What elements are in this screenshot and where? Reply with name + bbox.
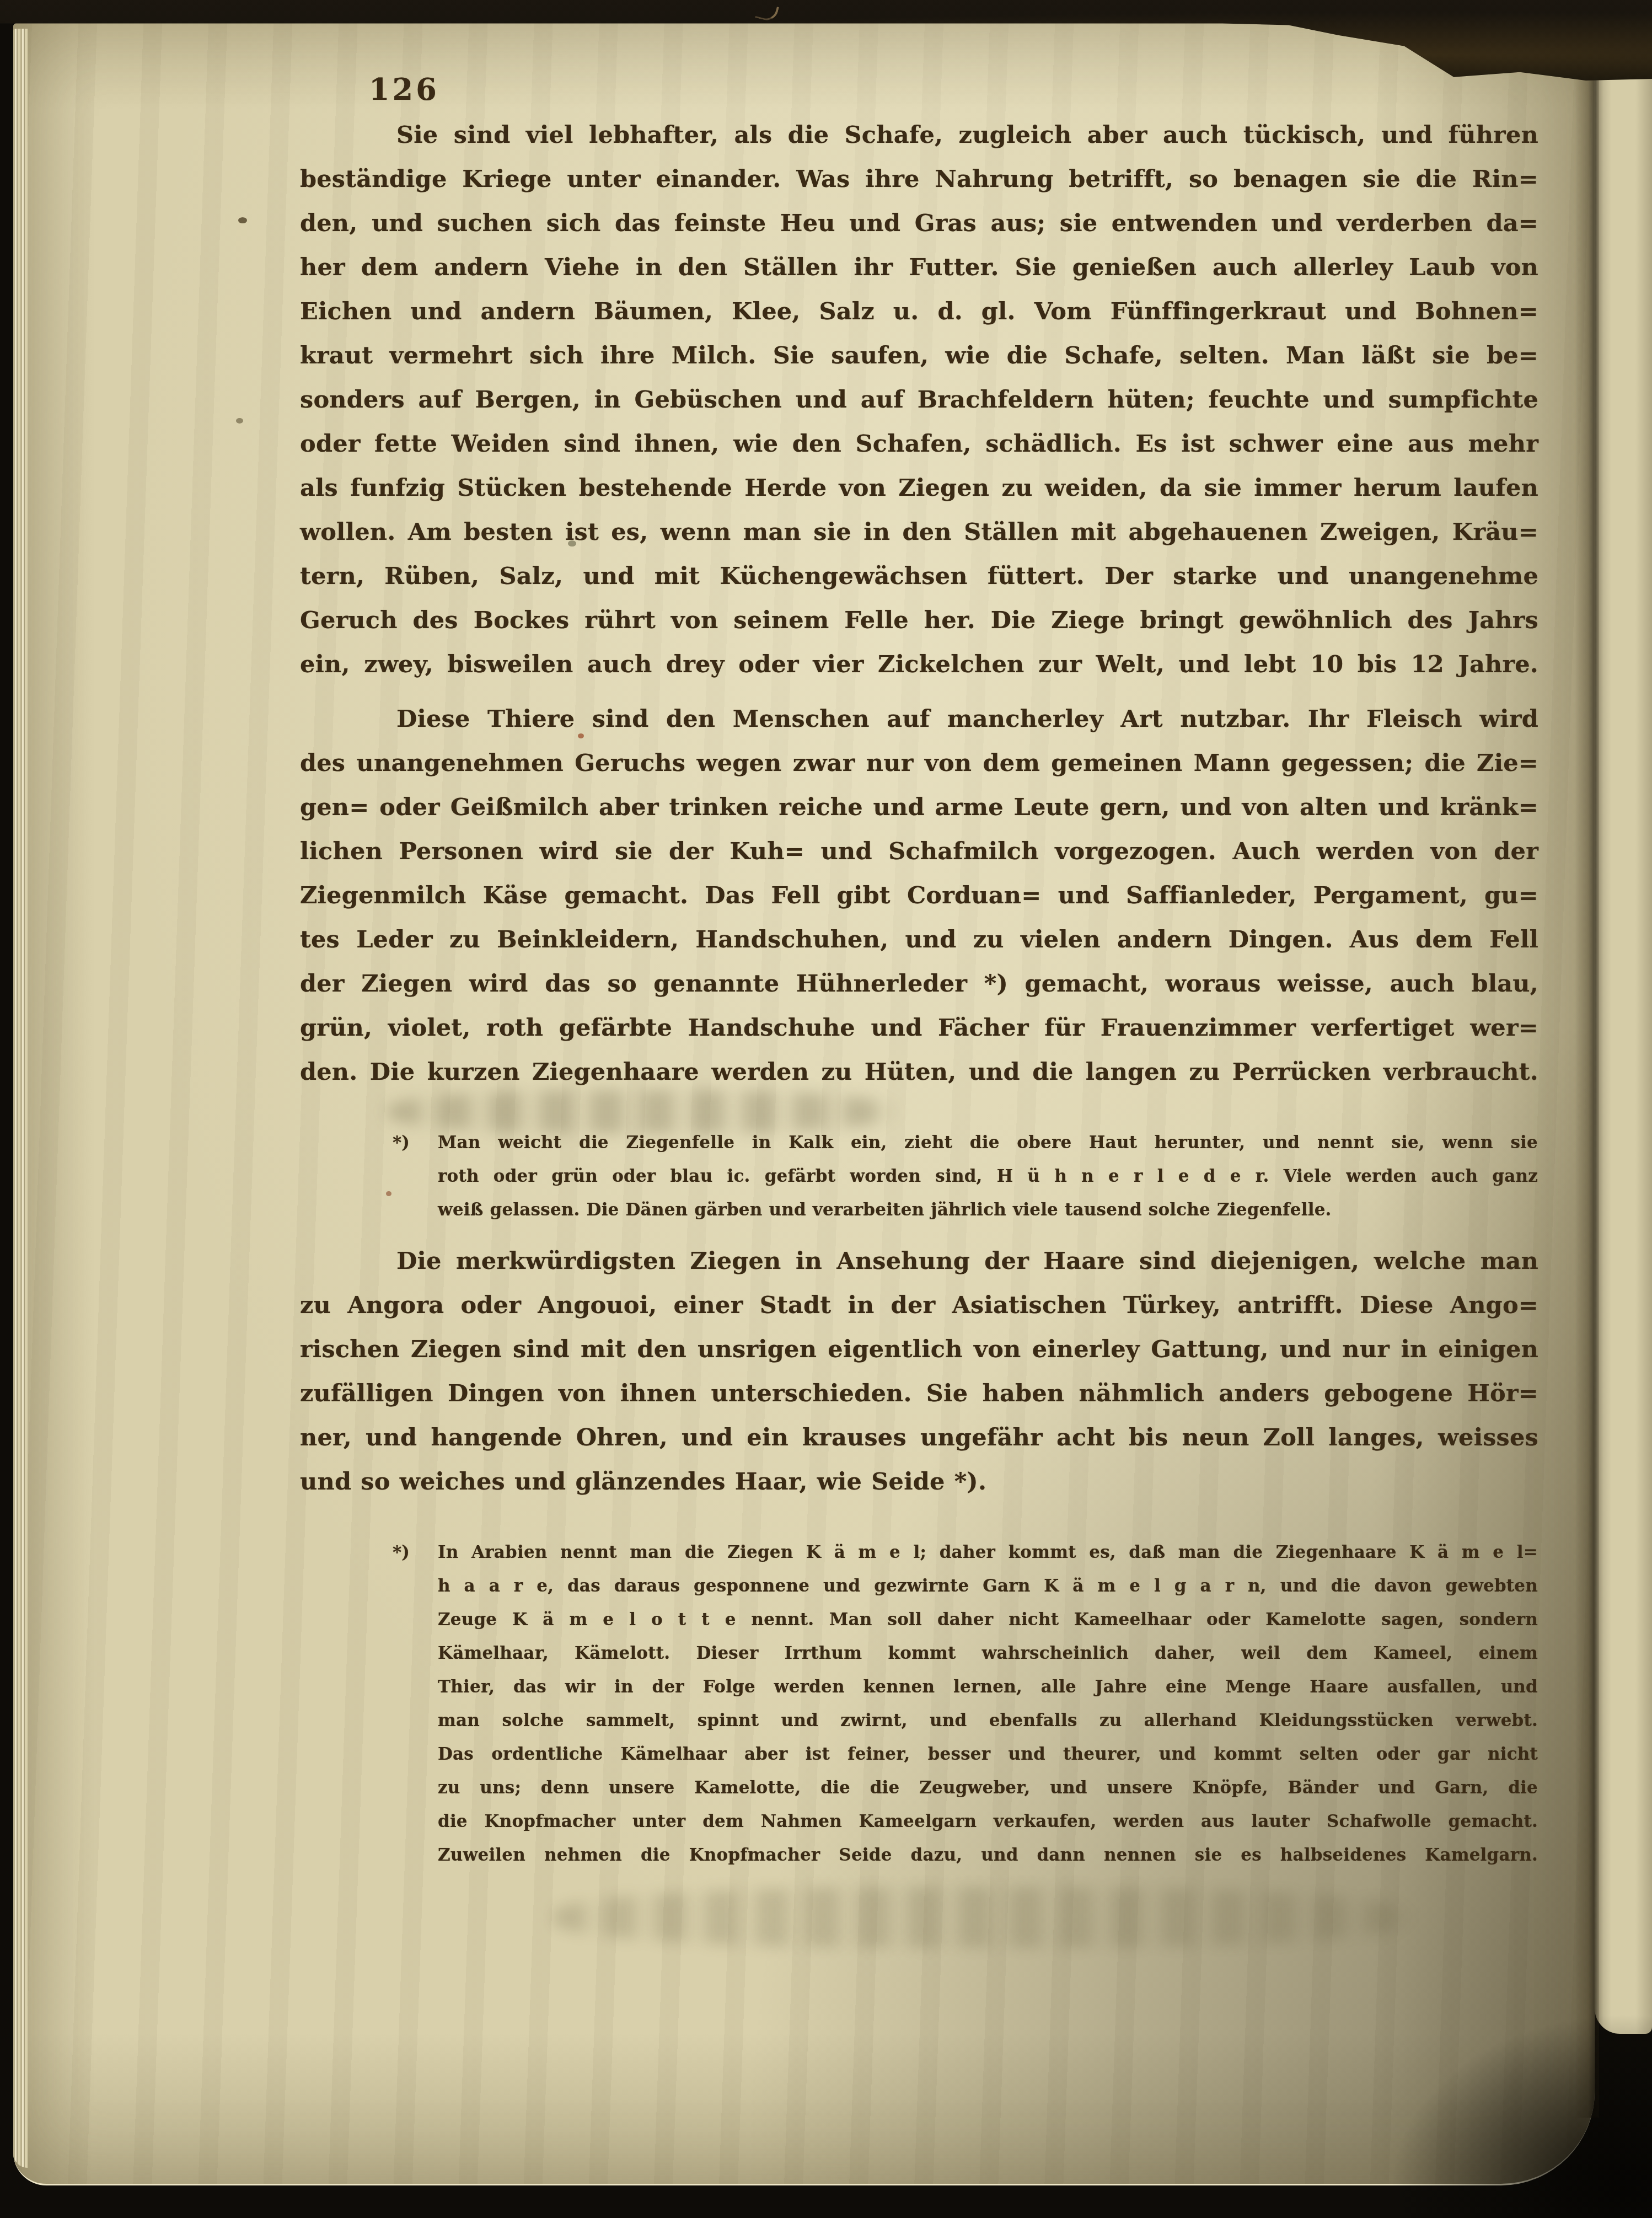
footnote-line: Thier, das wir in der Folge werden kenne… <box>438 1670 1538 1704</box>
paragraph-3: Die merkwürdigsten Ziegen in Ansehung de… <box>300 1239 1538 1504</box>
book-page: 126 Sie sind viel lebhafter, als die Sch… <box>13 23 1595 2185</box>
text-line: des unangenehmen Geruchs wegen zwar nur … <box>300 741 1538 785</box>
footnote-line: Das ordentliche Kämelhaar aber ist feine… <box>438 1738 1538 1771</box>
text-line: kraut vermehrt sich ihre Milch. Sie sauf… <box>300 334 1538 378</box>
text-line: den, und suchen sich das feinste Heu und… <box>300 201 1538 245</box>
text-line: als funfzig Stücken bestehende Herde von… <box>300 466 1538 510</box>
text-line: lichen Personen wird sie der Kuh= und Sc… <box>300 829 1538 874</box>
footnote-line: die Knopfmacher unter dem Nahmen Kameelg… <box>438 1805 1538 1839</box>
footnote-line: roth oder grün oder blau ic. gefärbt wor… <box>438 1160 1538 1193</box>
text-line: tes Leder zu Beinkleidern, Handschuhen, … <box>300 918 1538 962</box>
text-line: oder fette Weiden sind ihnen, wie den Sc… <box>300 422 1538 466</box>
show-through-smudge <box>554 1887 1414 1948</box>
paper-speck <box>386 1191 391 1196</box>
text-line: der Ziegen wird das so genannte Hühnerle… <box>300 962 1538 1006</box>
footnote-marker: *) <box>393 1126 410 1160</box>
page-number: 126 <box>369 72 439 107</box>
page-edge-stack <box>13 29 28 2168</box>
margin-mark <box>238 217 247 223</box>
text-line: zufälligen Dingen von ihnen unterschiede… <box>300 1371 1538 1416</box>
text-line: rischen Ziegen sind mit den unsrigen eig… <box>300 1327 1538 1371</box>
text-line: Geruch des Bockes rührt von seinem Felle… <box>300 598 1538 642</box>
footnote-line: man solche sammelt, spinnt und zwirnt, u… <box>438 1704 1538 1738</box>
text-line: her dem andern Viehe in den Ställen ihr … <box>300 245 1538 290</box>
footnote-line: Kämelhaar, Kämelott. Dieser Irrthum komm… <box>438 1637 1538 1670</box>
text-line: grün, violet, roth gefärbte Handschuhe u… <box>300 1006 1538 1050</box>
text-line: gen= oder Geißmilch aber trinken reiche … <box>300 785 1538 829</box>
book-photo: 126 Sie sind viel lebhafter, als die Sch… <box>0 0 1652 2218</box>
footnote-marker: *) <box>393 1536 410 1569</box>
next-page-edge <box>1595 71 1652 2034</box>
text-line: Eichen und andern Bäumen, Klee, Salz u. … <box>300 290 1538 334</box>
text-line: und so weiches und glänzendes Haar, wie … <box>300 1460 1538 1504</box>
paper-speck <box>568 540 576 547</box>
text-line: sonders auf Bergen, in Gebüschen und auf… <box>300 378 1538 422</box>
text-line: ner, und hangende Ohren, und ein krauses… <box>300 1416 1538 1460</box>
text-line: Diese Thiere sind den Menschen auf manch… <box>300 697 1538 741</box>
text-line: tern, Rüben, Salz, und mit Küchengewächs… <box>300 554 1538 598</box>
text-line: den. Die kurzen Ziegenhaare werden zu Hü… <box>300 1050 1538 1094</box>
bottom-right-shadow <box>1390 2013 1652 2218</box>
text-line: Ziegenmilch Käse gemacht. Das Fell gibt … <box>300 874 1538 918</box>
footnote-line: h a a r e, das daraus gesponnene und gez… <box>438 1569 1538 1603</box>
paragraph-1: Sie sind viel lebhafter, als die Schafe,… <box>300 113 1538 687</box>
text-line: Die merkwürdigsten Ziegen in Ansehung de… <box>300 1239 1538 1283</box>
text-line: ein, zwey, bisweilen auch drey oder vier… <box>300 642 1538 687</box>
footnote-line: Zeuge K ä m e l o t t e nennt. Man soll … <box>438 1603 1538 1637</box>
show-through-smudge <box>388 1090 895 1133</box>
text-line: Sie sind viel lebhafter, als die Schafe,… <box>300 113 1538 157</box>
page-crease <box>1575 22 1599 2118</box>
paragraph-2: Diese Thiere sind den Menschen auf manch… <box>300 697 1538 1094</box>
footnote-line: zu uns; denn unsere Kamelotte, die die Z… <box>438 1771 1538 1805</box>
footnote-line: Zuweilen nehmen die Knopfmacher Seide da… <box>438 1839 1538 1872</box>
text-line: zu Angora oder Angouoi, einer Stadt in d… <box>300 1283 1538 1327</box>
footnote-line: weiß gelassen. Die Dänen gärben und vera… <box>438 1193 1538 1227</box>
margin-mark <box>236 418 243 424</box>
paper-speck <box>578 733 584 738</box>
text-line: wollen. Am besten ist es, wenn man sie i… <box>300 510 1538 554</box>
footnote-2: *) In Arabien nennt man die Ziegen K ä m… <box>438 1536 1538 1872</box>
footnote-line: In Arabien nennt man die Ziegen K ä m e … <box>438 1536 1538 1569</box>
text-line: beständige Kriege unter einander. Was ih… <box>300 157 1538 201</box>
footnote-1: *) Man weicht die Ziegenfelle in Kalk ei… <box>438 1126 1538 1227</box>
